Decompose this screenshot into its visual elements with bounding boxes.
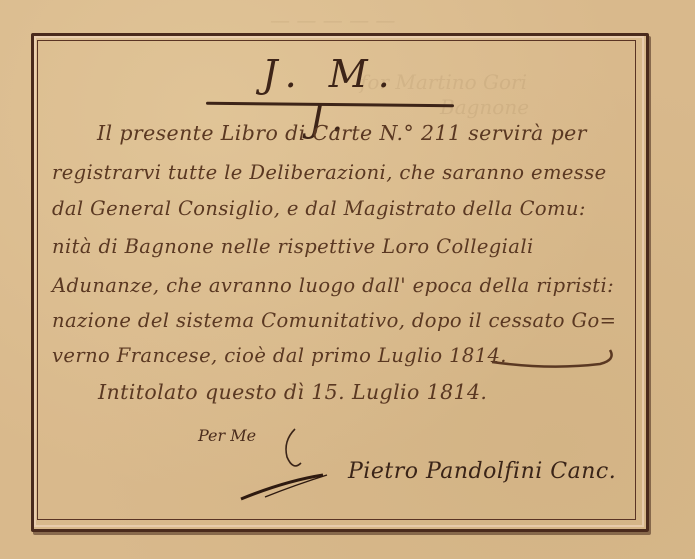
body-line: Intitolato questo dì 15. Luglio 1814.	[98, 380, 487, 404]
line-end-flourish	[490, 348, 620, 378]
body-line: Adunanze, che avranno luogo dall' epoca …	[52, 274, 614, 297]
body-line: registrarvi tutte le Deliberazioni, che …	[52, 161, 607, 184]
body-line: nità di Bagnone nelle rispettive Loro Co…	[52, 235, 534, 258]
signature-flourish	[235, 425, 345, 505]
signature-name: Pietro Pandolfini Canc.	[348, 459, 616, 484]
body-line: Il presente Libro di Carte N.° 211 servi…	[97, 121, 587, 145]
body-line: nazione del sistema Comunitativo, dopo i…	[52, 309, 616, 332]
bleed-through-text: — — — — —	[270, 8, 395, 32]
body-line: verno Francese, cioè dal primo Luglio 18…	[52, 344, 507, 367]
body-line: dal General Consiglio, e dal Magistrato …	[52, 197, 586, 220]
